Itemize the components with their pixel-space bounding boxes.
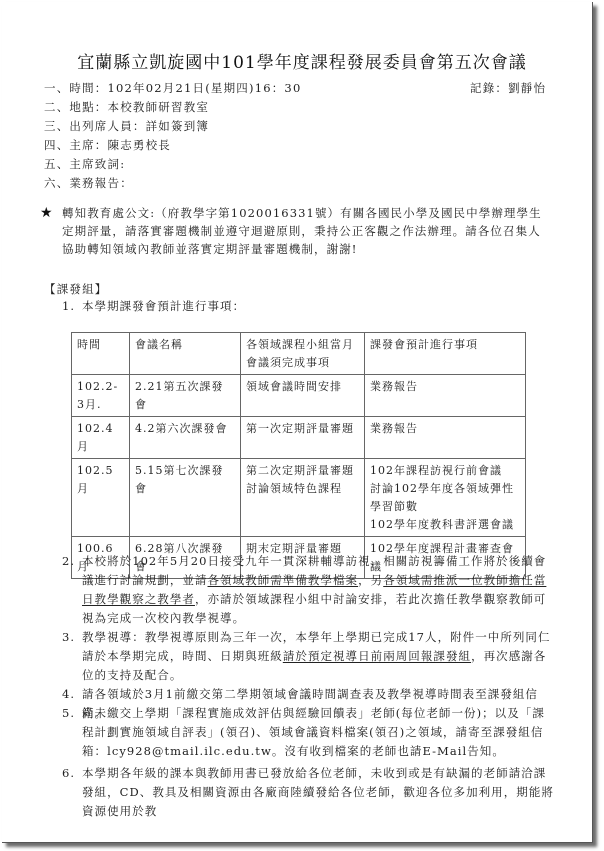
meeting-info-line: 三、出列席人員：詳如簽到簿 (44, 118, 209, 134)
table-cell: 2.21第五次課發會 (130, 375, 241, 417)
item-number: 2. (62, 552, 75, 571)
table-row: 102.2-3月.2.21第五次課發會領域會議時間安排業務報告 (72, 375, 526, 417)
item-text: 本學期課發會預計進行事項： (82, 297, 562, 316)
table-cell: 102.2-3月. (72, 375, 130, 417)
item-text: 教學視導：教學視導原則為三年一次，本學年上學期已完成17人，附件一中所列同仁請於… (82, 628, 557, 685)
item-number: 4. (62, 685, 75, 704)
meeting-info-line: 五、主席致詞: (44, 156, 125, 172)
notice-paragraph: ★ 轉知教育處公文:（府教學字第1020016331號）有關各國民小學及國民中學… (40, 204, 550, 258)
table-cell: 102.5月 (72, 459, 130, 537)
table-header-cell: 時間 (72, 333, 130, 375)
item-number: 5. (62, 704, 75, 723)
underlined-text: 請於預定視導日前兩周回報課發組 (283, 649, 471, 663)
list-item-2: 2.本校將於102年5月20日接受九年一貫深耕輔導訪視，相關訪視籌備工作將於後續… (62, 552, 557, 628)
text-run: 本學期各年級的課本與教師用書已發放給各位老師，未收到或是有缺漏的老師請洽課發組，… (82, 766, 554, 818)
document-title: 宜蘭縣立凱旋國中101學年度課程發展委員會第五次會議 (0, 48, 604, 73)
list-item-6: 6.本學期各年級的課本與教師用書已發放給各位老師，未收到或是有缺漏的老師請洽課發… (62, 764, 557, 821)
table-cell: 第一次定期評量審題 (241, 417, 365, 459)
table-cell: 領域會議時間安排 (241, 375, 365, 417)
item-text: 尚未繳交上學期「課程實施成效評估與經驗回饋表」老師(每位老師一份)；以及「課程計… (82, 704, 557, 761)
table-cell: 第二次定期評量審題討論領域特色課程 (241, 459, 365, 537)
table-header-cell: 課發會預計進行事項 (365, 333, 526, 375)
table-cell: 業務報告 (365, 375, 526, 417)
text-run: 尚未繳交上學期「課程實施成效評估與經驗回饋表」老師(每位老師一份)；以及「課程計… (82, 706, 545, 758)
list-item-5: 5.尚未繳交上學期「課程實施成效評估與經驗回饋表」老師(每位老師一份)；以及「課… (62, 704, 557, 761)
table-row: 102.4月4.2第六次課發會第一次定期評量審題業務報告 (72, 417, 526, 459)
section-title: 【課發組】 (44, 281, 108, 297)
text-run: ，另 (358, 573, 383, 587)
list-item-3: 3.教學視導：教學視導原則為三年一次，本學年上學期已完成17人，附件一中所列同仁… (62, 628, 557, 685)
table-cell: 102.4月 (72, 417, 130, 459)
table-header-cell: 會議名稱 (130, 333, 241, 375)
item-text: 本學期各年級的課本與教師用書已發放給各位老師，未收到或是有缺漏的老師請洽課發組，… (82, 764, 557, 821)
table-cell: 業務報告 (365, 417, 526, 459)
meeting-info-line: 一、時間：102年02月21日(星期四)16：30 (44, 80, 301, 96)
table-header-row: 時間會議名稱各領域課程小組當月會議須完成事項課發會預計進行事項 (72, 333, 526, 375)
table-cell: 5.15第七次課發會 (130, 459, 241, 537)
meeting-info-line: 六、業務報告： (44, 175, 133, 191)
underlined-text: 各領域教師需準備教學檔案 (208, 573, 359, 587)
item-number: 1. (62, 297, 75, 316)
meeting-info-line: 二、地點：本校教師研習教室 (44, 99, 209, 115)
item-text: 本校將於102年5月20日接受九年一貫深耕輔導訪視，相關訪視籌備工作將於後續會議… (82, 552, 557, 628)
item-number: 6. (62, 764, 75, 783)
schedule-table: 時間會議名稱各領域課程小組當月會議須完成事項課發會預計進行事項102.2-3月.… (71, 332, 526, 579)
table-row: 102.5月5.15第七次課發會第二次定期評量審題討論領域特色課程102年課程訪… (72, 459, 526, 537)
notice-text: 轉知教育處公文:（府教學字第1020016331號）有關各國民小學及國民中學辦理… (62, 204, 550, 258)
item-number: 3. (62, 628, 75, 647)
star-icon: ★ (40, 204, 54, 222)
meeting-info-line: 四、主席：陳志勇校長 (44, 137, 171, 153)
table-cell: 4.2第六次課發會 (130, 417, 241, 459)
recorder-label: 記錄：劉靜怡 (470, 80, 546, 96)
table-cell: 102年課程訪視行前會議討論102學年度各領域彈性學習節數102學年度教科書評選… (365, 459, 526, 537)
list-item-1: 1. 本學期課發會預計進行事項： (62, 297, 562, 316)
table-header-cell: 各領域課程小組當月會議須完成事項 (241, 333, 365, 375)
